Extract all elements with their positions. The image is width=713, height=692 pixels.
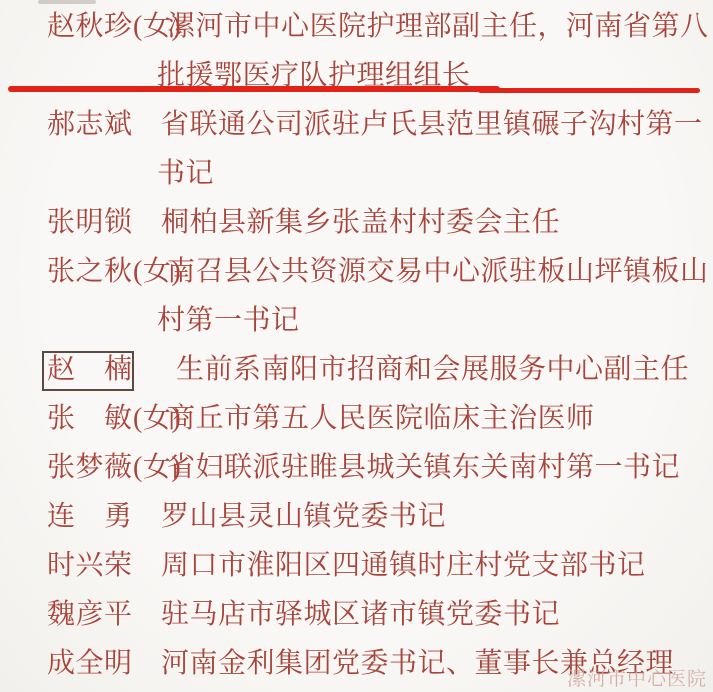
honoree-entry-row: 时兴荣 周口市淮阳区四通镇时庄村党支部书记 <box>47 541 713 590</box>
person-name: 郝志斌 <box>47 100 133 149</box>
person-name: 张之秋 <box>47 247 133 296</box>
person-name: 成全明 <box>47 639 133 688</box>
honoree-list: 赵秋珍 (女) 漯河市中心医院护理部副主任，河南省第八 批援鄂医疗队护理组组长 … <box>47 2 713 688</box>
person-title: 驻马店市驿城区诸市镇党委书记 <box>161 590 560 639</box>
person-name: 张明锁 <box>47 198 133 247</box>
person-name: 张 敏 <box>47 394 133 443</box>
person-name: 赵秋珍 <box>47 2 133 51</box>
person-title: 商丘市第五人民医院临床主治医师 <box>167 394 595 443</box>
person-name: 赵 楠 <box>42 351 134 391</box>
honoree-entry-row: 张明锁 桐柏县新集乡张盖村村委会主任 <box>47 198 713 247</box>
entry-continuation-line: 书记 <box>157 149 713 198</box>
person-title: 漯河市中心医院护理部副主任，河南省第八 <box>167 2 709 51</box>
gender-label: (女) <box>133 394 167 443</box>
entry-first-line: 张 敏 (女) 商丘市第五人民医院临床主治医师 <box>47 394 713 443</box>
entry-first-line: 张明锁 桐柏县新集乡张盖村村委会主任 <box>47 198 713 247</box>
gender-label: (女) <box>133 247 167 296</box>
red-highlight-underline <box>8 86 500 92</box>
honoree-entry-row: 张之秋 (女) 南召县公共资源交易中心派驻板山坪镇板山 村第一书记 <box>47 247 713 345</box>
entry-first-line: 魏彦平 驻马店市驿城区诸市镇党委书记 <box>47 590 713 639</box>
entry-first-line: 连 勇 罗山县灵山镇党委书记 <box>47 492 713 541</box>
person-title: 生前系南阳市招商和会展服务中心副主任 <box>176 345 689 394</box>
document-page: { "page": { "background": "#f7f5f2", "te… <box>0 0 713 692</box>
honoree-entry-row: 张 敏 (女) 商丘市第五人民医院临床主治医师 <box>47 394 713 443</box>
entry-first-line: 张梦薇 (女) 省妇联派驻睢县城关镇东关南村第一书记 <box>47 443 713 492</box>
entry-first-line: 郝志斌 省联通公司派驻卢氏县范里镇碾子沟村第一 <box>47 100 713 149</box>
person-title: 罗山县灵山镇党委书记 <box>161 492 446 541</box>
person-title: 南召县公共资源交易中心派驻板山坪镇板山 <box>167 247 709 296</box>
entry-first-line: 时兴荣 周口市淮阳区四通镇时庄村党支部书记 <box>47 541 713 590</box>
person-title: 桐柏县新集乡张盖村村委会主任 <box>161 198 560 247</box>
person-title: 省妇联派驻睢县城关镇东关南村第一书记 <box>167 443 680 492</box>
person-name: 时兴荣 <box>47 541 133 590</box>
gender-label: (女) <box>133 443 167 492</box>
person-title: 省联通公司派驻卢氏县范里镇碾子沟村第一 <box>161 100 703 149</box>
honoree-entry-row: 连 勇 罗山县灵山镇党委书记 <box>47 492 713 541</box>
entry-first-line: 张之秋 (女) 南召县公共资源交易中心派驻板山坪镇板山 <box>47 247 713 296</box>
scanned-award-list-document: 赵秋珍 (女) 漯河市中心医院护理部副主任，河南省第八 批援鄂医疗队护理组组长 … <box>0 0 713 692</box>
person-title: 周口市淮阳区四通镇时庄村党支部书记 <box>161 541 646 590</box>
entry-first-line: 赵 楠 生前系南阳市招商和会展服务中心副主任 <box>47 345 713 394</box>
watermark-text: 漯河市中心医院 <box>567 664 707 691</box>
honoree-entry-row: 魏彦平 驻马店市驿城区诸市镇党委书记 <box>47 590 713 639</box>
gender-label: (女) <box>133 2 167 51</box>
entry-continuation-line: 村第一书记 <box>157 296 713 345</box>
person-name: 张梦薇 <box>47 443 133 492</box>
entry-first-line: 赵秋珍 (女) 漯河市中心医院护理部副主任，河南省第八 <box>47 2 713 51</box>
honoree-entry-row: 郝志斌 省联通公司派驻卢氏县范里镇碾子沟村第一 书记 <box>47 100 713 198</box>
person-name: 连 勇 <box>47 492 133 541</box>
red-highlight-underline-segment <box>478 88 700 93</box>
person-name: 魏彦平 <box>47 590 133 639</box>
honoree-entry-row: 张梦薇 (女) 省妇联派驻睢县城关镇东关南村第一书记 <box>47 443 713 492</box>
honoree-entry-row: 赵 楠 生前系南阳市招商和会展服务中心副主任 <box>47 345 713 394</box>
